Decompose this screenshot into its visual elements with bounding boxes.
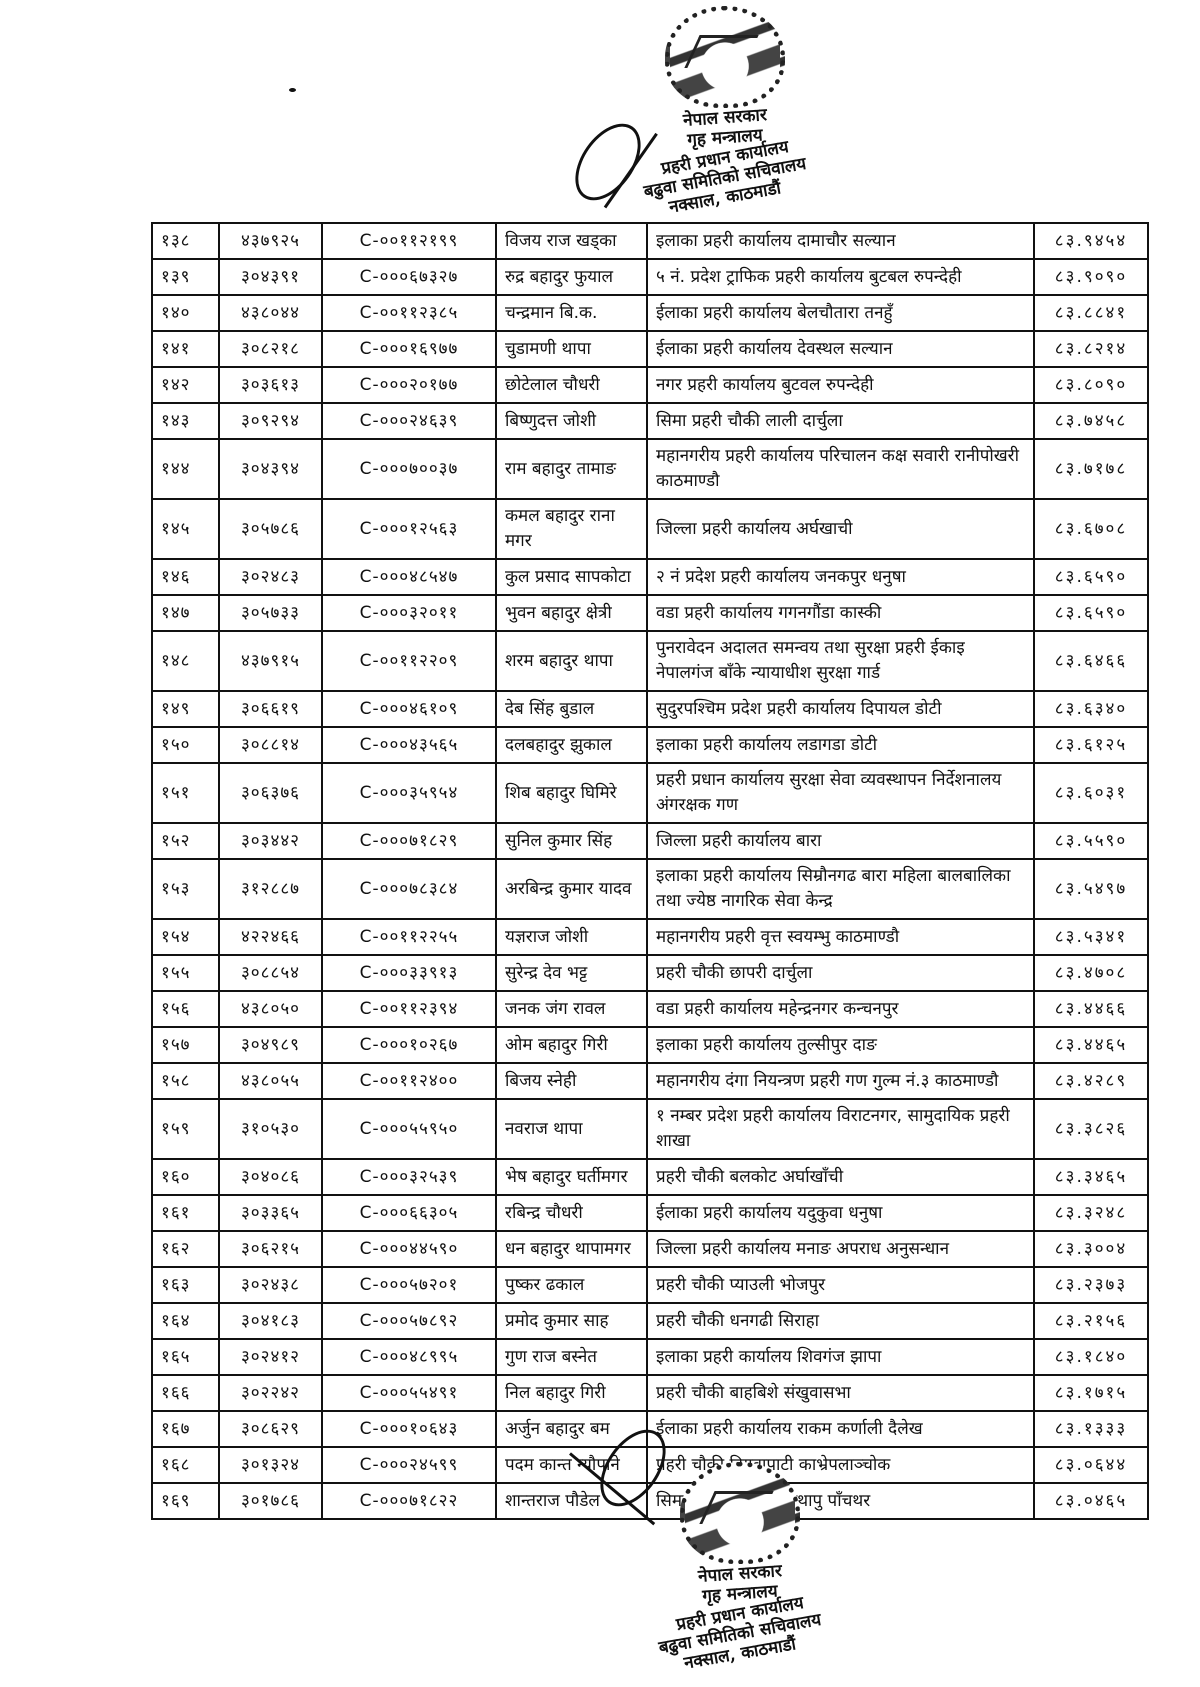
- code-cell: C-०००६७३२७: [322, 259, 496, 295]
- serial-number-cell: १५५: [152, 955, 219, 991]
- name-cell: पुष्कर ढकाल: [496, 1267, 647, 1303]
- score-cell: ८३.८२१४: [1034, 331, 1148, 367]
- table-row: १४९३०६६१९C-०००४६१०९देब सिंह बुडालसुदुरपश…: [152, 691, 1148, 727]
- office-cell: इलाका प्रहरी कार्यालय तुल्सीपुर दाङ: [647, 1027, 1034, 1063]
- symbol-number-cell: ४२२४६६: [219, 919, 322, 955]
- serial-number-cell: १४१: [152, 331, 219, 367]
- name-cell: नवराज थापा: [496, 1099, 647, 1159]
- score-cell: ८३.६५९०: [1034, 559, 1148, 595]
- symbol-number-cell: ३१०५३०: [219, 1099, 322, 1159]
- table-row: १६०३०४०८६C-०००३२५३९भेष बहादुर घर्तीमगरप्…: [152, 1159, 1148, 1195]
- code-cell: C-०००३३९१३: [322, 955, 496, 991]
- office-cell: जिल्ला प्रहरी कार्यालय मनाङ अपराध अनुसन्…: [647, 1231, 1034, 1267]
- table-row: १६४३०४१८३C-०००५७८९२प्रमोद कुमार साहप्रहर…: [152, 1303, 1148, 1339]
- score-cell: ८३.६१२५: [1034, 727, 1148, 763]
- score-cell: ८३.१३३३: [1034, 1411, 1148, 1447]
- code-cell: C-०००१०६४३: [322, 1411, 496, 1447]
- table-row: १४०४३८०४४C-००११२३८५चन्द्रमान बि.क.ईलाका …: [152, 295, 1148, 331]
- table-row: १४१३०८२१८C-०००१६९७७चुडामणी थापाईलाका प्र…: [152, 331, 1148, 367]
- code-cell: C-०००२०१७७: [322, 367, 496, 403]
- symbol-number-cell: ३०१७८६: [219, 1483, 322, 1519]
- symbol-number-cell: ३०८६२९: [219, 1411, 322, 1447]
- symbol-number-cell: ३०२४३८: [219, 1267, 322, 1303]
- table-row: १५५३०८८५४C-०००३३९१३सुरेन्द्र देव भट्टप्र…: [152, 955, 1148, 991]
- symbol-number-cell: ३०६२१५: [219, 1231, 322, 1267]
- symbol-number-cell: ३०४०८६: [219, 1159, 322, 1195]
- score-cell: ८३.४४६५: [1034, 1027, 1148, 1063]
- score-cell: ८३.६०३१: [1034, 763, 1148, 823]
- name-cell: ओम बहादुर गिरी: [496, 1027, 647, 1063]
- code-cell: C-००११२२५५: [322, 919, 496, 955]
- serial-number-cell: १३८: [152, 223, 219, 259]
- office-cell: पुनरावेदन अदालत समन्वय तथा सुरक्षा प्रहर…: [647, 631, 1034, 691]
- office-cell: सुदुरपश्चिम प्रदेश प्रहरी कार्यालय दिपाय…: [647, 691, 1034, 727]
- name-cell: रुद्र बहादुर फुयाल: [496, 259, 647, 295]
- serial-number-cell: १५०: [152, 727, 219, 763]
- code-cell: C-०००१६९७७: [322, 331, 496, 367]
- code-cell: C-००११२१९९: [322, 223, 496, 259]
- code-cell: C-०००१०२६७: [322, 1027, 496, 1063]
- office-cell: महानगरीय दंगा नियन्त्रण प्रहरी गण गुल्म …: [647, 1063, 1034, 1099]
- serial-number-cell: १४९: [152, 691, 219, 727]
- score-cell: ८३.२३७३: [1034, 1267, 1148, 1303]
- symbol-number-cell: ३०३६१३: [219, 367, 322, 403]
- name-cell: बिजय स्नेही: [496, 1063, 647, 1099]
- table-row: १५२३०३४४२C-०००७१८२९सुनिल कुमार सिंहजिल्ल…: [152, 823, 1148, 859]
- score-cell: ८३.०४६५: [1034, 1483, 1148, 1519]
- code-cell: C-०००३२५३९: [322, 1159, 496, 1195]
- office-cell: नगर प्रहरी कार्यालय बुटवल रुपन्देही: [647, 367, 1034, 403]
- serial-number-cell: १६०: [152, 1159, 219, 1195]
- table-row: १४५३०५७८६C-०००१२५६३कमल बहादुर राना मगरजि…: [152, 499, 1148, 559]
- name-cell: छोटेलाल चौधरी: [496, 367, 647, 403]
- serial-number-cell: १५४: [152, 919, 219, 955]
- office-cell: वडा प्रहरी कार्यालय गगनगौंडा कास्की: [647, 595, 1034, 631]
- office-cell: प्रहरी चौकी छापरी दार्चुला: [647, 955, 1034, 991]
- serial-number-cell: १४७: [152, 595, 219, 631]
- office-cell: इलाका प्रहरी कार्यालय सिम्रौनगढ बारा महि…: [647, 859, 1034, 919]
- symbol-number-cell: ३०४१८३: [219, 1303, 322, 1339]
- office-cell: २ नं प्रदेश प्रहरी कार्यालय जनकपुर धनुषा: [647, 559, 1034, 595]
- office-cell: इलाका प्रहरी कार्यालय लडागडा डोटी: [647, 727, 1034, 763]
- office-cell: प्रहरी चौकी प्याउली भोजपुर: [647, 1267, 1034, 1303]
- serial-number-cell: १६२: [152, 1231, 219, 1267]
- score-cell: ८३.३२४८: [1034, 1195, 1148, 1231]
- code-cell: C-०००५७८९२: [322, 1303, 496, 1339]
- table-row: १६१३०३३६५C-०००६६३०५रबिन्द्र चौधरीईलाका प…: [152, 1195, 1148, 1231]
- score-cell: ८३.६४६६: [1034, 631, 1148, 691]
- serial-number-cell: १५९: [152, 1099, 219, 1159]
- table-row: १५४४२२४६६C-००११२२५५यज्ञराज जोशीमहानगरीय …: [152, 919, 1148, 955]
- name-cell: अरबिन्द्र कुमार यादव: [496, 859, 647, 919]
- table-row: १६२३०६२१५C-०००४४५९०धन बहादुर थापामगरजिल्…: [152, 1231, 1148, 1267]
- symbol-number-cell: ३०३३६५: [219, 1195, 322, 1231]
- code-cell: C-००११२३८५: [322, 295, 496, 331]
- name-cell: देब सिंह बुडाल: [496, 691, 647, 727]
- table-row: १५३३१२८८७C-०००७८३८४अरबिन्द्र कुमार यादवइ…: [152, 859, 1148, 919]
- code-cell: C-०००२४६३९: [322, 403, 496, 439]
- office-cell: जिल्ला प्रहरी कार्यालय अर्घखाची: [647, 499, 1034, 559]
- code-cell: C-०००१२५६३: [322, 499, 496, 559]
- symbol-number-cell: ३०५७८६: [219, 499, 322, 559]
- table-row: १४२३०३६१३C-०००२०१७७छोटेलाल चौधरीनगर प्रह…: [152, 367, 1148, 403]
- code-cell: C-०००५७२०१: [322, 1267, 496, 1303]
- scan-speck: [289, 88, 296, 92]
- serial-number-cell: १४२: [152, 367, 219, 403]
- code-cell: C-०००७००३७: [322, 439, 496, 499]
- office-cell: प्रहरी चौकी बाहबिशे संखुवासभा: [647, 1375, 1034, 1411]
- code-cell: C-०००४८९९५: [322, 1339, 496, 1375]
- office-cell: ईलाका प्रहरी कार्यालय राकम कर्णाली दैलेख: [647, 1411, 1034, 1447]
- serial-number-cell: १६६: [152, 1375, 219, 1411]
- office-cell: प्रहरी चौकी बलकोट अर्घाखाँची: [647, 1159, 1034, 1195]
- code-cell: C-०००६६३०५: [322, 1195, 496, 1231]
- name-cell: दलबहादुर झुकाल: [496, 727, 647, 763]
- score-cell: ८३.६३४०: [1034, 691, 1148, 727]
- table-row: १३८४३७९२५C-००११२१९९विजय राज खड्काइलाका प…: [152, 223, 1148, 259]
- name-cell: शिब बहादुर घिमिरे: [496, 763, 647, 823]
- score-cell: ८३.७४५८: [1034, 403, 1148, 439]
- score-cell: ८३.६५९०: [1034, 595, 1148, 631]
- code-cell: C-०००४४५९०: [322, 1231, 496, 1267]
- office-cell: इलाका प्रहरी कार्यालय दामाचौर सल्यान: [647, 223, 1034, 259]
- name-cell: जनक जंग रावल: [496, 991, 647, 1027]
- symbol-number-cell: ३०४९८९: [219, 1027, 322, 1063]
- table-row: १३९३०४३९१C-०००६७३२७रुद्र बहादुर फुयाल५ न…: [152, 259, 1148, 295]
- name-cell: चुडामणी थापा: [496, 331, 647, 367]
- serial-number-cell: १४८: [152, 631, 219, 691]
- name-cell: चन्द्रमान बि.क.: [496, 295, 647, 331]
- serial-number-cell: १५८: [152, 1063, 219, 1099]
- office-cell: महानगरीय प्रहरी वृत्त स्वयम्भु काठमाण्डौ: [647, 919, 1034, 955]
- table-row: १६३३०२४३८C-०००५७२०१पुष्कर ढकालप्रहरी चौक…: [152, 1267, 1148, 1303]
- serial-number-cell: १४५: [152, 499, 219, 559]
- name-cell: बिष्णुदत्त जोशी: [496, 403, 647, 439]
- symbol-number-cell: ४३७९१५: [219, 631, 322, 691]
- office-cell: प्रहरी प्रधान कार्यालय सुरक्षा सेवा व्यव…: [647, 763, 1034, 823]
- table-row: १५७३०४९८९C-०००१०२६७ओम बहादुर गिरीइलाका प…: [152, 1027, 1148, 1063]
- code-cell: C-०००७८३८४: [322, 859, 496, 919]
- symbol-number-cell: ३०९२९४: [219, 403, 322, 439]
- score-cell: ८३.४४६६: [1034, 991, 1148, 1027]
- nepal-emblem-icon: [665, 6, 785, 108]
- name-cell: गुण राज बस्नेत: [496, 1339, 647, 1375]
- office-cell: ईलाका प्रहरी कार्यालय देवस्थल सल्यान: [647, 331, 1034, 367]
- name-cell: कुल प्रसाद सापकोटा: [496, 559, 647, 595]
- name-cell: रबिन्द्र चौधरी: [496, 1195, 647, 1231]
- name-cell: राम बहादुर तामाङ: [496, 439, 647, 499]
- score-cell: ८३.७१७८: [1034, 439, 1148, 499]
- serial-number-cell: १५७: [152, 1027, 219, 1063]
- name-cell: निल बहादुर गिरी: [496, 1375, 647, 1411]
- score-cell: ८३.२१५६: [1034, 1303, 1148, 1339]
- name-cell: धन बहादुर थापामगर: [496, 1231, 647, 1267]
- office-cell: इलाका प्रहरी कार्यालय शिवगंज झापा: [647, 1339, 1034, 1375]
- score-cell: ८३.३००४: [1034, 1231, 1148, 1267]
- score-cell: ८३.८८४१: [1034, 295, 1148, 331]
- serial-number-cell: १४३: [152, 403, 219, 439]
- name-cell: विजय राज खड्का: [496, 223, 647, 259]
- name-cell: प्रमोद कुमार साह: [496, 1303, 647, 1339]
- table-row: १६६३०२२४२C-०००५५४९१निल बहादुर गिरीप्रहरी…: [152, 1375, 1148, 1411]
- serial-number-cell: १६७: [152, 1411, 219, 1447]
- office-cell: प्रहरी चौकी धनगढी सिराहा: [647, 1303, 1034, 1339]
- score-cell: ८३.६७०८: [1034, 499, 1148, 559]
- serial-number-cell: १६३: [152, 1267, 219, 1303]
- name-cell: शरम बहादुर थापा: [496, 631, 647, 691]
- table-row: १४४३०४३९४C-०००७००३७राम बहादुर तामाङमहानग…: [152, 439, 1148, 499]
- office-cell: जिल्ला प्रहरी कार्यालय बारा: [647, 823, 1034, 859]
- symbol-number-cell: ३०८८५४: [219, 955, 322, 991]
- serial-number-cell: १५१: [152, 763, 219, 823]
- code-cell: C-०००५५४९१: [322, 1375, 496, 1411]
- symbol-number-cell: ३०६३७६: [219, 763, 322, 823]
- name-cell: सुनिल कुमार सिंह: [496, 823, 647, 859]
- symbol-number-cell: ३०४३९४: [219, 439, 322, 499]
- table-row: १४३३०९२९४C-०००२४६३९बिष्णुदत्त जोशीसिमा प…: [152, 403, 1148, 439]
- nepal-emblem-icon: [680, 1462, 800, 1564]
- name-cell: भुवन बहादुर क्षेत्री: [496, 595, 647, 631]
- serial-number-cell: १५३: [152, 859, 219, 919]
- code-cell: C-०००५५९५०: [322, 1099, 496, 1159]
- table-row: १५६४३८०५०C-००११२३९४जनक जंग रावलवडा प्रहर…: [152, 991, 1148, 1027]
- serial-number-cell: १४४: [152, 439, 219, 499]
- symbol-number-cell: ३०८८१४: [219, 727, 322, 763]
- serial-number-cell: १३९: [152, 259, 219, 295]
- table-row: १५१३०६३७६C-०००३५९५४शिब बहादुर घिमिरेप्रह…: [152, 763, 1148, 823]
- code-cell: C-०००७१८२९: [322, 823, 496, 859]
- symbol-number-cell: ४३८०५०: [219, 991, 322, 1027]
- symbol-number-cell: ३०६६१९: [219, 691, 322, 727]
- score-cell: ८३.१७१५: [1034, 1375, 1148, 1411]
- table-row: १५९३१०५३०C-०००५५९५०नवराज थापा१ नम्बर प्र…: [152, 1099, 1148, 1159]
- symbol-number-cell: ३०५७३३: [219, 595, 322, 631]
- symbol-number-cell: ३०२२४२: [219, 1375, 322, 1411]
- symbol-number-cell: ३०१३२४: [219, 1447, 322, 1483]
- serial-number-cell: १५६: [152, 991, 219, 1027]
- table-row: १४६३०२४८३C-०००४८५४७कुल प्रसाद सापकोटा२ न…: [152, 559, 1148, 595]
- code-cell: C-००११२४००: [322, 1063, 496, 1099]
- score-cell: ८३.५५९०: [1034, 823, 1148, 859]
- symbol-number-cell: ४३७९२५: [219, 223, 322, 259]
- code-cell: C-००११२२०९: [322, 631, 496, 691]
- serial-number-cell: १६८: [152, 1447, 219, 1483]
- office-cell: १ नम्बर प्रदेश प्रहरी कार्यालय विराटनगर,…: [647, 1099, 1034, 1159]
- code-cell: C-००११२३९४: [322, 991, 496, 1027]
- score-cell: ८३.५४९७: [1034, 859, 1148, 919]
- code-cell: C-०००२४५९९: [322, 1447, 496, 1483]
- name-cell: भेष बहादुर घर्तीमगर: [496, 1159, 647, 1195]
- score-cell: ८३.०६४४: [1034, 1447, 1148, 1483]
- symbol-number-cell: ३०२४१२: [219, 1339, 322, 1375]
- score-cell: ८३.९०९०: [1034, 259, 1148, 295]
- office-cell: ५ नं. प्रदेश ट्राफिक प्रहरी कार्यालय बुट…: [647, 259, 1034, 295]
- symbol-number-cell: ४३८०५५: [219, 1063, 322, 1099]
- office-cell: सिमा प्रहरी चौकी लाली दार्चुला: [647, 403, 1034, 439]
- symbol-number-cell: ३०३४४२: [219, 823, 322, 859]
- score-cell: ८३.३४६५: [1034, 1159, 1148, 1195]
- symbol-number-cell: ३०४३९१: [219, 259, 322, 295]
- table-row: १४७३०५७३३C-०००३२०११भुवन बहादुर क्षेत्रीव…: [152, 595, 1148, 631]
- symbol-number-cell: ३०२४८३: [219, 559, 322, 595]
- table-row: १४८४३७९१५C-००११२२०९शरम बहादुर थापापुनराव…: [152, 631, 1148, 691]
- table-row: १५०३०८८१४C-०००४३५६५दलबहादुर झुकालइलाका प…: [152, 727, 1148, 763]
- results-table: १३८४३७९२५C-००११२१९९विजय राज खड्काइलाका प…: [151, 222, 1149, 1520]
- name-cell: कमल बहादुर राना मगर: [496, 499, 647, 559]
- symbol-number-cell: ३१२८८७: [219, 859, 322, 919]
- score-cell: ८३.१८४०: [1034, 1339, 1148, 1375]
- score-cell: ८३.४२८९: [1034, 1063, 1148, 1099]
- serial-number-cell: १६९: [152, 1483, 219, 1519]
- table-row: १६५३०२४१२C-०००४८९९५गुण राज बस्नेतइलाका प…: [152, 1339, 1148, 1375]
- official-stamp-bottom: नेपाल सरकार गृह मन्त्रालय प्रहरी प्रधान …: [600, 1462, 880, 1664]
- symbol-number-cell: ३०८२१८: [219, 331, 322, 367]
- office-cell: ईलाका प्रहरी कार्यालय बेलचौतारा तनहुँ: [647, 295, 1034, 331]
- symbol-number-cell: ४३८०४४: [219, 295, 322, 331]
- office-cell: महानगरीय प्रहरी कार्यालय परिचालन कक्ष सव…: [647, 439, 1034, 499]
- official-stamp-top: नेपाल सरकार गृह मन्त्रालय प्रहरी प्रधान …: [585, 6, 865, 208]
- score-cell: ८३.३८२६: [1034, 1099, 1148, 1159]
- office-cell: वडा प्रहरी कार्यालय महेन्द्रनगर कन्चनपुर: [647, 991, 1034, 1027]
- code-cell: C-०००४८५४७: [322, 559, 496, 595]
- code-cell: C-०००३२०११: [322, 595, 496, 631]
- score-cell: ८३.९४५४: [1034, 223, 1148, 259]
- score-cell: ८३.५३४१: [1034, 919, 1148, 955]
- table-row: १५८४३८०५५C-००११२४००बिजय स्नेहीमहानगरीय द…: [152, 1063, 1148, 1099]
- serial-number-cell: १६४: [152, 1303, 219, 1339]
- serial-number-cell: १६१: [152, 1195, 219, 1231]
- name-cell: यज्ञराज जोशी: [496, 919, 647, 955]
- score-cell: ८३.८०९०: [1034, 367, 1148, 403]
- code-cell: C-०००४६१०९: [322, 691, 496, 727]
- code-cell: C-०००४३५६५: [322, 727, 496, 763]
- office-cell: ईलाका प्रहरी कार्यालय यदुकुवा धनुषा: [647, 1195, 1034, 1231]
- name-cell: सुरेन्द्र देव भट्ट: [496, 955, 647, 991]
- score-cell: ८३.४७०८: [1034, 955, 1148, 991]
- code-cell: C-०००३५९५४: [322, 763, 496, 823]
- serial-number-cell: १५२: [152, 823, 219, 859]
- serial-number-cell: १४६: [152, 559, 219, 595]
- serial-number-cell: १६५: [152, 1339, 219, 1375]
- serial-number-cell: १४०: [152, 295, 219, 331]
- code-cell: C-०००७१८२२: [322, 1483, 496, 1519]
